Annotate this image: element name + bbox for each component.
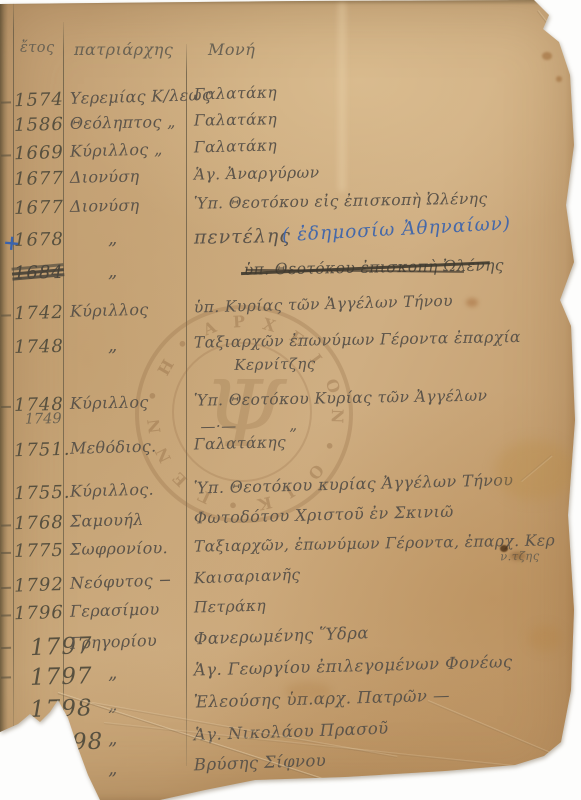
margin-tick [1, 524, 11, 526]
year-cell: 1574 [14, 89, 65, 111]
stain-top-right-1 [542, 52, 552, 60]
year-cell: 1669 [14, 142, 65, 164]
year-cell-secondary: 1749 [18, 411, 68, 428]
table-row: 17481749ΚύριλλοςὙπ. Θεοτόκου Κυρίας τῶν … [0, 385, 581, 425]
wrinkle-highlight [338, 2, 346, 192]
year-cell: 1586 [14, 114, 64, 136]
margin-tick [1, 154, 11, 156]
year-cell: 1684 [14, 262, 64, 284]
margin-tick [1, 406, 11, 408]
year-cell: 1677 [14, 168, 64, 190]
paper-sheet: Ψ Η•ΑΡΧΕΙΟΝ•ΟΙΚ•ΓΕΝΝ• ἔτος πατριάρχης Μο… [0, 0, 581, 800]
monastery-cell: Γαλατάκη [194, 76, 574, 104]
patriarch-cell: „ [70, 259, 228, 283]
year-cell: 1775 [14, 540, 64, 562]
monastery-cell: ὑπ. Κυρίας τῶν Ἀγγέλων Τήνου [194, 289, 574, 317]
header-year-label: ἔτος [20, 40, 55, 56]
scanned-document-viewport: Ψ Η•ΑΡΧΕΙΟΝ•ΟΙΚ•ΓΕΝΝ• ἔτος πατριάρχης Μο… [0, 0, 581, 800]
stain-top-right-2 [556, 76, 562, 82]
patriarch-cell: Σωφρονίου. [70, 538, 190, 559]
year-cell: 1755. [14, 482, 65, 504]
year-cell: 1792 [14, 574, 65, 597]
margin-tick [1, 676, 11, 678]
patriarch-cell: Υερεμίας Κ/λεως [70, 86, 190, 108]
table-header: ἔτος πατριάρχης Μονή [0, 40, 581, 66]
year-cell: 1742 [14, 302, 65, 324]
year-cell: 1751. [14, 439, 65, 461]
patriarch-cell: Κύριλλος [70, 392, 190, 413]
header-patriarch-label: πατριάρχης [74, 40, 173, 59]
stain-bottom-right [528, 625, 562, 651]
patriarch-cell: Γρηγορίου [70, 630, 191, 653]
patriarch-cell: Νεόφυτος − [70, 570, 191, 593]
monastery-cell: ὑπ. Θεοτόκου ἐπισκοπὴ Ὠλένης [244, 256, 504, 279]
margin-tick [1, 614, 11, 616]
header-monastery-label: Μονή [208, 40, 255, 59]
margin-tick [1, 647, 11, 649]
monastery-cell-line2: Κερνίτζης [234, 355, 316, 374]
patriarch-cell: Κύριλλος [70, 299, 190, 321]
year-cell: 1768 [14, 512, 65, 534]
margin-tick [1, 314, 11, 316]
stain-right-edge [466, 298, 478, 307]
patriarch-cell: Κύριλλος „ [70, 139, 190, 161]
ink-blot [500, 545, 508, 552]
patriarch-cell: Διονύση [70, 166, 190, 187]
year-cell [14, 760, 64, 762]
patriarch-cell: Γερασίμου [70, 599, 190, 621]
table-row: 1684„ὑπ. Θεοτόκου ἐπισκοπὴ Ὠλένης [0, 253, 581, 293]
patriarch-cell: Μεθόδιος. [70, 436, 190, 458]
patriarch-cell: Σαμουήλ [70, 509, 190, 531]
year-cell: 1796 [14, 602, 65, 624]
year-cell: 1677 [14, 197, 64, 219]
patriarch-cell: Κύριλλος. [70, 479, 190, 501]
patriarch-cell: Διονύση [70, 195, 190, 216]
patriarch-cell: Θεόληπτος „ [70, 112, 190, 133]
year-cell: 1748 [14, 336, 64, 358]
ink-smudge [510, 552, 526, 560]
paper-top-edge-shading [0, 0, 581, 5]
stain-bottom-center [285, 682, 331, 700]
margin-tick [1, 552, 11, 554]
paper-shadow-wrap: Ψ Η•ΑΡΧΕΙΟΝ•ΟΙΚ•ΓΕΝΝ• ἔτος πατριάρχης Μο… [0, 0, 581, 800]
year-cell: 1678 [14, 229, 64, 251]
margin-tick [1, 587, 11, 589]
table-row: 1748„Ταξιαρχῶν ἐπωνύμων Γέροντα ἐπαρχίαΚ… [0, 327, 581, 367]
margin-tick [1, 101, 11, 103]
